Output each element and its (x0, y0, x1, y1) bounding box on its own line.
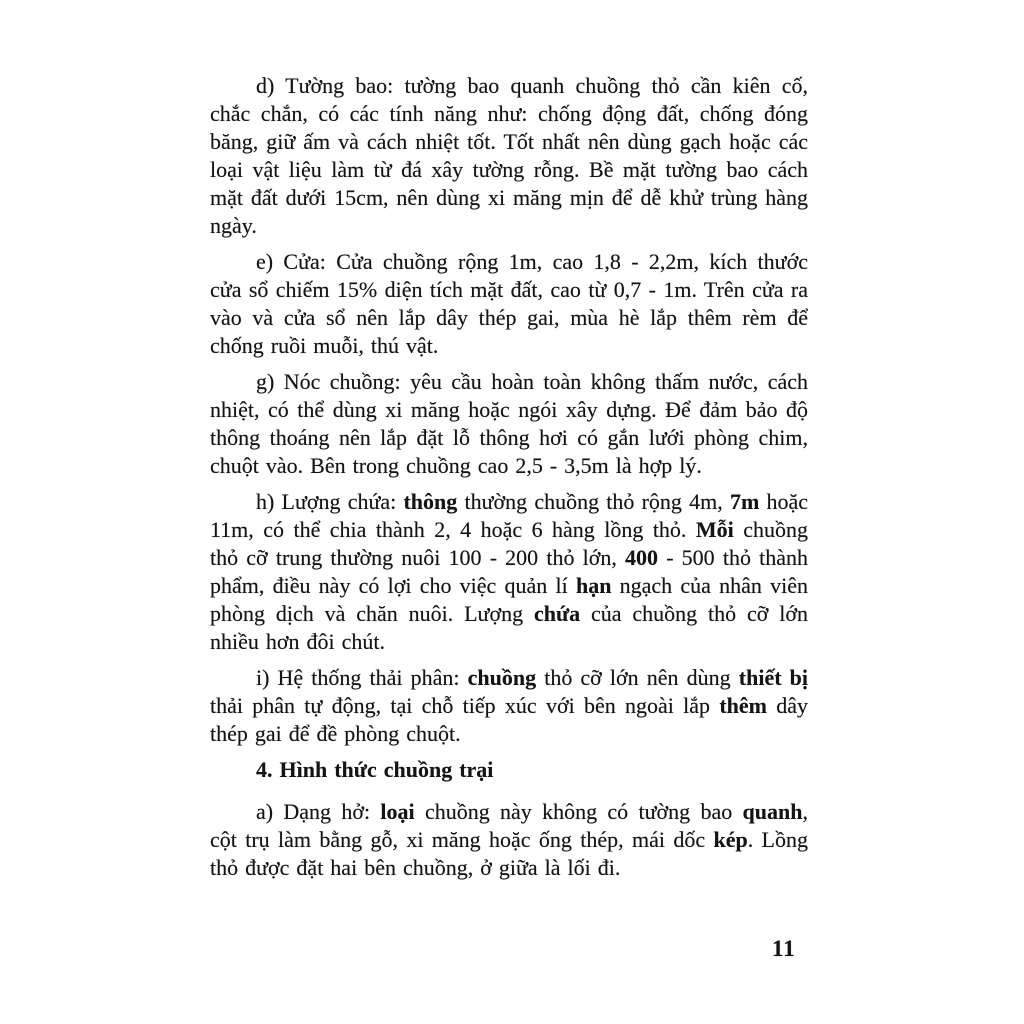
text-segment: i) Hệ thống thải phân: (256, 665, 468, 690)
text-segment-bold: hạn (576, 573, 611, 598)
paragraph: g) Nóc chuồng: yêu cầu hoàn toàn không t… (210, 368, 808, 480)
text-segment: h) Lượng chứa: (256, 489, 403, 514)
text-segment-bold: chuồng (468, 665, 536, 690)
text-segment-bold: 7m (730, 489, 759, 514)
text-segment-bold: 4. Hình thức chuồng trại (256, 757, 493, 782)
text-segment: chuồng này không có tường bao (415, 799, 743, 824)
section-heading: 4. Hình thức chuồng trại (210, 756, 808, 784)
text-segment-bold: 400 (625, 545, 658, 570)
text-segment: a) Dạng hở: (256, 799, 380, 824)
text-segment-bold: thêm (719, 693, 767, 718)
text-segment: thường chuồng thỏ rộng 4m, (457, 489, 730, 514)
text-segment-bold: chứa (534, 601, 580, 626)
text-segment: d) Tường bao: tường bao quanh chuồng thỏ… (210, 73, 808, 238)
text-segment-bold: kép (713, 827, 747, 852)
page-number: 11 (772, 936, 796, 962)
text-segment-bold: thông (403, 489, 457, 514)
paragraph: e) Cửa: Cửa chuồng rộng 1m, cao 1,8 - 2,… (210, 248, 808, 360)
scanned-book-page: d) Tường bao: tường bao quanh chuồng thỏ… (0, 0, 1024, 1024)
text-segment: thải phân tự động, tại chỗ tiếp xúc với … (210, 693, 719, 718)
paragraph: d) Tường bao: tường bao quanh chuồng thỏ… (210, 72, 808, 240)
paragraph: h) Lượng chứa: thông thường chuồng thỏ r… (210, 488, 808, 656)
text-segment-bold: Mỗi (696, 517, 734, 542)
text-segment-bold: quanh (743, 799, 803, 824)
text-column: d) Tường bao: tường bao quanh chuồng thỏ… (210, 72, 808, 890)
text-segment: g) Nóc chuồng: yêu cầu hoàn toàn không t… (210, 369, 808, 478)
paragraph: a) Dạng hở: loại chuồng này không có tườ… (210, 798, 808, 882)
text-segment: thỏ cỡ lớn nên dùng (536, 665, 739, 690)
text-segment: e) Cửa: Cửa chuồng rộng 1m, cao 1,8 - 2,… (210, 249, 808, 358)
text-segment-bold: loại (380, 799, 414, 824)
paragraph: i) Hệ thống thải phân: chuồng thỏ cỡ lớn… (210, 664, 808, 748)
text-segment-bold: thiết bị (739, 665, 808, 690)
